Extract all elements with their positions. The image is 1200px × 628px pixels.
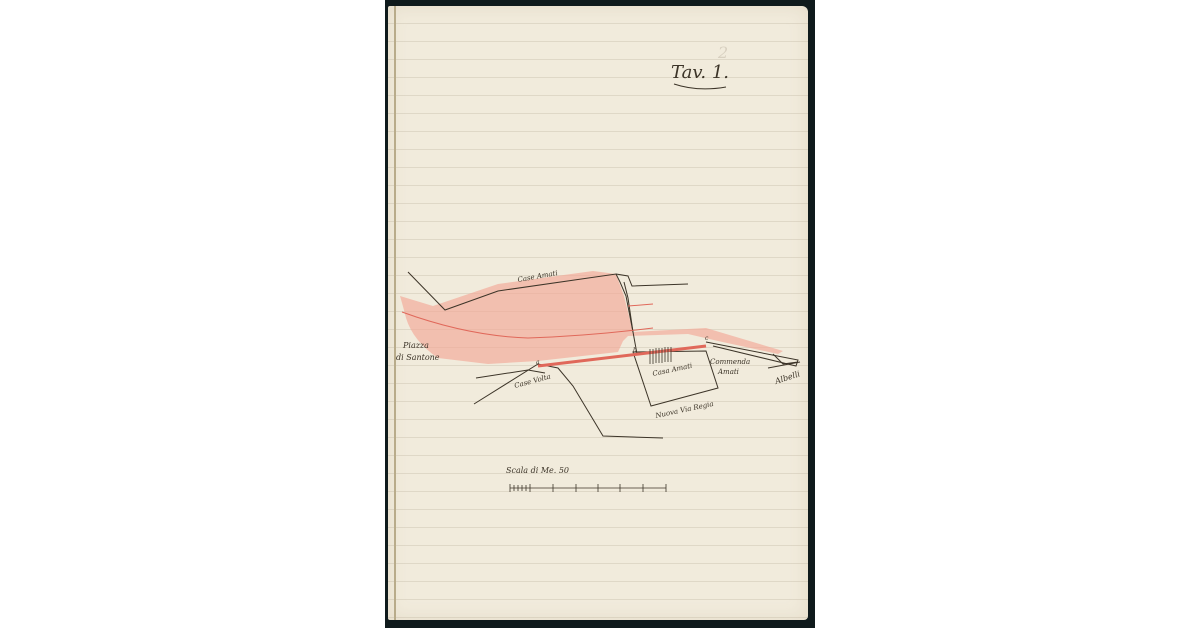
label-lower-left: Case Volta xyxy=(513,373,551,390)
scale-title: Scala di Me. 50 xyxy=(506,466,569,475)
pencil-number: 2 xyxy=(717,43,728,62)
point-a: a xyxy=(536,359,540,366)
label-building-right-2: Amati xyxy=(717,368,739,376)
scale-bar xyxy=(510,484,666,492)
site-plan-drawing: Tav. 1. 2 xyxy=(388,6,808,620)
point-b: b xyxy=(633,347,637,354)
plate-label: Tav. 1. xyxy=(671,62,729,83)
hatched-stairs xyxy=(650,347,671,364)
label-far-right: Albelli xyxy=(773,369,802,386)
colored-area xyxy=(400,271,783,364)
plate-label-underline xyxy=(674,84,726,89)
label-piazza-1: Piazza xyxy=(402,341,429,350)
label-building-right-1: Commenda xyxy=(710,358,750,366)
label-building-center: Casa Amati xyxy=(652,362,693,378)
manuscript-page: Tav. 1. 2 xyxy=(388,6,808,620)
label-piazza-2: di Santone xyxy=(396,353,440,362)
